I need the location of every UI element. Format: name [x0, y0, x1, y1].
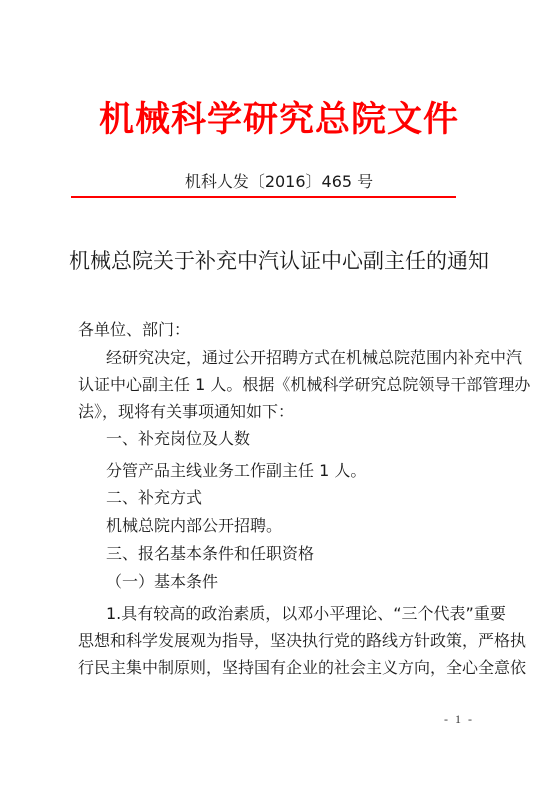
red-divider-line — [71, 196, 456, 198]
body-paragraph-line: 分管产品主线业务工作副主任 1 人。 — [106, 461, 366, 481]
section-heading-3: 三、报名基本条件和任职资格 — [106, 544, 314, 564]
document-masthead: 机械科学研究总院文件 — [0, 100, 558, 140]
document-number: 机科人发〔2016〕465 号 — [0, 172, 558, 192]
subsection-heading: （一）基本条件 — [106, 572, 218, 592]
salutation: 各单位、部门： — [78, 320, 190, 340]
document-page: 机械科学研究总院文件 机科人发〔2016〕465 号 机械总院关于补充中汽认证中… — [0, 0, 558, 786]
body-paragraph-line: 认证中心副主任 1 人。根据《机械科学研究总院领导干部管理办 — [78, 375, 530, 395]
body-paragraph-line: 行民主集中制原则，坚持国有企业的社会主义方向，全心全意依 — [78, 658, 526, 678]
document-title: 机械总院关于补充中汽认证中心副主任的通知 — [0, 248, 558, 274]
body-paragraph-line: 经研究决定，通过公开招聘方式在机械总院范围内补充中汽 — [106, 348, 522, 368]
body-paragraph-line: 法》，现将有关事项通知如下： — [78, 402, 294, 422]
body-paragraph-line: 1.具有较高的政治素质，以邓小平理论、“三个代表”重要 — [106, 604, 506, 624]
body-paragraph-line: 机械总院内部公开招聘。 — [106, 516, 282, 536]
section-heading-2: 二、补充方式 — [106, 488, 202, 508]
page-number: - 1 - — [444, 712, 474, 726]
body-paragraph-line: 思想和科学发展观为指导，坚决执行党的路线方针政策，严格执 — [78, 631, 526, 651]
section-heading-1: 一、补充岗位及人数 — [106, 429, 250, 449]
